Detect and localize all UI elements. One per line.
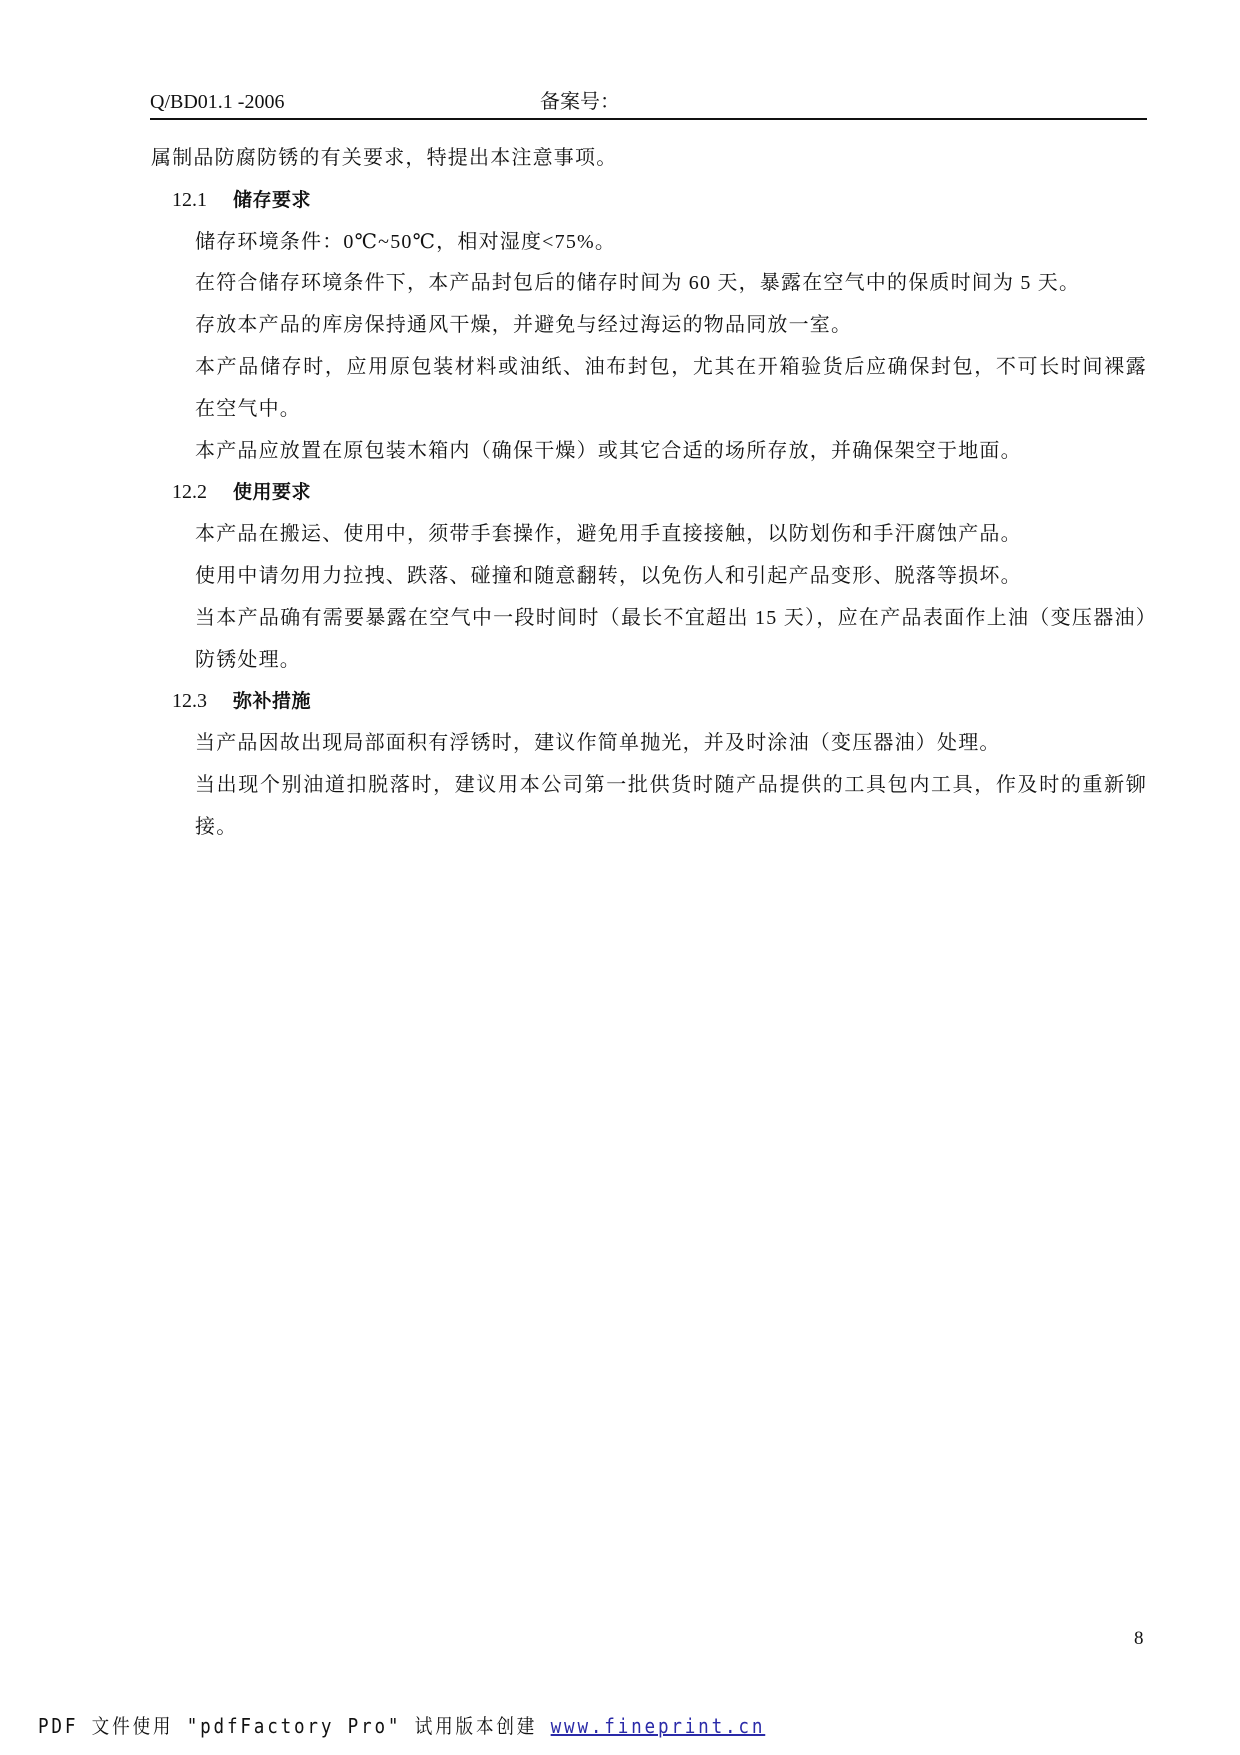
paragraph: 当产品因故出现局部面积有浮锈时，建议作简单抛光，并及时涂油（变压器油）处理。 — [151, 723, 1147, 765]
section-number: 12.3 — [172, 681, 233, 723]
paragraph: 当出现个别油道扣脱落时，建议用本公司第一批供货时随产品提供的工具包内工具，作及时… — [151, 765, 1147, 849]
paragraph: 存放本产品的库房保持通风干燥，并避免与经过海运的物品同放一室。 — [151, 305, 1147, 347]
paragraph: 储存环境条件：0℃~50℃，相对湿度<75%。 — [151, 222, 1147, 264]
paragraph-text: 本产品应放置在原包装木箱内（确保干燥）或其它合适的场所存放，并确保架空于地面。 — [195, 431, 1147, 473]
page-number: 8 — [1134, 1628, 1144, 1650]
paragraph-text: 在符合储存环境条件下，本产品封包后的储存时间为 60 天，暴露在空气中的保质时间… — [195, 263, 1147, 305]
section-number: 12.1 — [172, 180, 233, 222]
pdf-watermark-footer: PDF 文件使用 "pdfFactory Pro" 试用版本创建 www.fin… — [38, 1710, 765, 1739]
section-heading-12-2: 12.2使用要求 — [151, 472, 1147, 514]
section-heading-12-1: 12.1储存要求 — [151, 180, 1147, 222]
intro-line: 属制品防腐防锈的有关要求，特提出本注意事项。 — [151, 138, 1147, 180]
fineprint-link[interactable]: www.fineprint.cn — [551, 1714, 766, 1738]
paragraph-text: 存放本产品的库房保持通风干燥，并避免与经过海运的物品同放一室。 — [195, 305, 1147, 347]
header-divider — [150, 118, 1147, 120]
paragraph-text: 使用中请勿用力拉拽、跌落、碰撞和随意翻转，以免伤人和引起产品变形、脱落等损坏。 — [195, 556, 1147, 598]
paragraph-text: 储存环境条件：0℃~50℃，相对湿度<75%。 — [195, 222, 1147, 264]
section-heading-12-3: 12.3弥补措施 — [151, 681, 1147, 723]
paragraph-text: 本产品储存时，应用原包装材料或油纸、油布封包，尤其在开箱验货后应确保封包，不可长… — [195, 347, 1147, 431]
section-title: 使用要求 — [233, 481, 311, 503]
watermark-text: PDF 文件使用 "pdfFactory Pro" 试用版本创建 — [38, 1714, 551, 1738]
paragraph: 当本产品确有需要暴露在空气中一段时间时（最长不宜超出 15 天），应在产品表面作… — [151, 598, 1147, 682]
paragraph: 本产品储存时，应用原包装材料或油纸、油布封包，尤其在开箱验货后应确保封包，不可长… — [151, 347, 1147, 431]
section-title: 弥补措施 — [233, 690, 311, 712]
paragraph: 本产品在搬运、使用中，须带手套操作，避免用手直接接触，以防划伤和手汗腐蚀产品。 — [151, 514, 1147, 556]
paragraph: 使用中请勿用力拉拽、跌落、碰撞和随意翻转，以免伤人和引起产品变形、脱落等损坏。 — [151, 556, 1147, 598]
section-number: 12.2 — [172, 472, 233, 514]
paragraph-text: 当本产品确有需要暴露在空气中一段时间时（最长不宜超出 15 天），应在产品表面作… — [195, 598, 1147, 682]
paragraph-text: 当出现个别油道扣脱落时，建议用本公司第一批供货时随产品提供的工具包内工具，作及时… — [195, 765, 1147, 849]
section-title: 储存要求 — [233, 189, 311, 211]
paragraph-text: 本产品在搬运、使用中，须带手套操作，避免用手直接接触，以防划伤和手汗腐蚀产品。 — [195, 514, 1147, 556]
paragraph: 在符合储存环境条件下，本产品封包后的储存时间为 60 天，暴露在空气中的保质时间… — [151, 263, 1147, 305]
paragraph: 本产品应放置在原包装木箱内（确保干燥）或其它合适的场所存放，并确保架空于地面。 — [151, 431, 1147, 473]
record-number-label: 备案号： — [540, 90, 620, 114]
document-body: 属制品防腐防锈的有关要求，特提出本注意事项。 12.1储存要求 储存环境条件：0… — [151, 138, 1147, 849]
paragraph-text: 当产品因故出现局部面积有浮锈时，建议作简单抛光，并及时涂油（变压器油）处理。 — [195, 723, 1147, 765]
page-header: Q/BD01.1 -2006 备案号： — [150, 88, 1147, 118]
document-code: Q/BD01.1 -2006 — [150, 90, 284, 114]
